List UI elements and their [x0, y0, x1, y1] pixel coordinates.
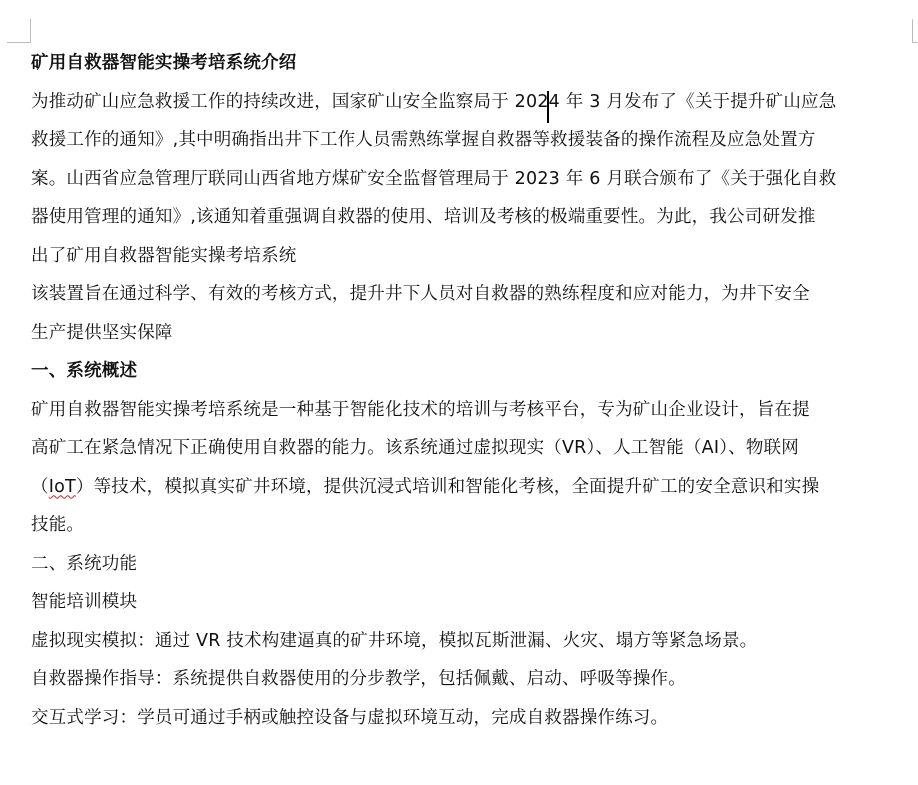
subheading-training-module: 智能培训模块	[31, 583, 915, 622]
document-title: 矿用自救器智能实操考培系统介绍	[31, 44, 915, 83]
text-line: 案。山西省应急管理厅联同山西省地方煤矿安全监督管理局于 2023 年 6 月联合…	[31, 160, 915, 199]
text-fragment: ）等技术，模拟真实矿井环境，提供沉浸式培训和智能化考核，全面提升矿工的安全意识和…	[76, 477, 819, 497]
text-fragment: （	[31, 477, 49, 497]
intro-paragraph: 为推动矿山应急救援工作的持续改进，国家矿山安全监察局于 2024 年 3 月发布…	[31, 83, 915, 276]
document-body[interactable]: 矿用自救器智能实操考培系统介绍 为推动矿山应急救援工作的持续改进，国家矿山安全监…	[31, 44, 915, 737]
overview-paragraph: 矿用自救器智能实操考培系统是一种基于智能化技术的培训与考核平台，专为矿山企业设计…	[31, 391, 915, 545]
text-cursor	[547, 91, 549, 123]
feature-item-guidance: 自救器操作指导：系统提供自救器使用的分步教学，包括佩戴、启动、呼吸等操作。	[31, 660, 915, 699]
text-line: 出了矿用自救器智能实操考培系统	[31, 237, 915, 276]
text-line: 救援工作的通知》,其中明确指出井下工作人员需熟练掌握自救器等救援装备的操作流程及…	[31, 121, 915, 160]
text-line: 该装置旨在通过科学、有效的考核方式，提升井下人员对自救器的熟练程度和应对能力，为…	[31, 275, 915, 314]
page-corner-mark-right	[912, 19, 918, 43]
text-line: 为推动矿山应急救援工作的持续改进，国家矿山安全监察局于 2024 年 3 月发布…	[31, 83, 915, 122]
text-line: 矿用自救器智能实操考培系统是一种基于智能化技术的培训与考核平台，专为矿山企业设计…	[31, 391, 915, 430]
text-line: （IoT）等技术，模拟真实矿井环境，提供沉浸式培训和智能化考核，全面提升矿工的安…	[31, 468, 915, 507]
text-line: 生产提供坚实保障	[31, 314, 915, 353]
text-line: 高矿工在紧急情况下正确使用自救器的能力。该系统通过虚拟现实（VR）、人工智能（A…	[31, 429, 915, 468]
section-heading-overview: 一、系统概述	[31, 352, 915, 391]
section-heading-functions: 二、系统功能	[31, 545, 915, 584]
feature-item-interactive: 交互式学习：学员可通过手柄或触控设备与虚拟环境互动，完成自救器操作练习。	[31, 699, 915, 738]
text-line: 技能。	[31, 506, 915, 545]
text-line: 器使用管理的通知》,该通知着重强调自救器的使用、培训及考核的极端重要性。为此，我…	[31, 198, 915, 237]
page-corner-mark-left	[7, 19, 31, 43]
feature-item-vr: 虚拟现实模拟：通过 VR 技术构建逼真的矿井环境，模拟瓦斯泄漏、火灾、塌方等紧急…	[31, 622, 915, 661]
purpose-paragraph: 该装置旨在通过科学、有效的考核方式，提升井下人员对自救器的熟练程度和应对能力，为…	[31, 275, 915, 352]
spellcheck-flagged-word[interactable]: IoT	[49, 477, 76, 497]
